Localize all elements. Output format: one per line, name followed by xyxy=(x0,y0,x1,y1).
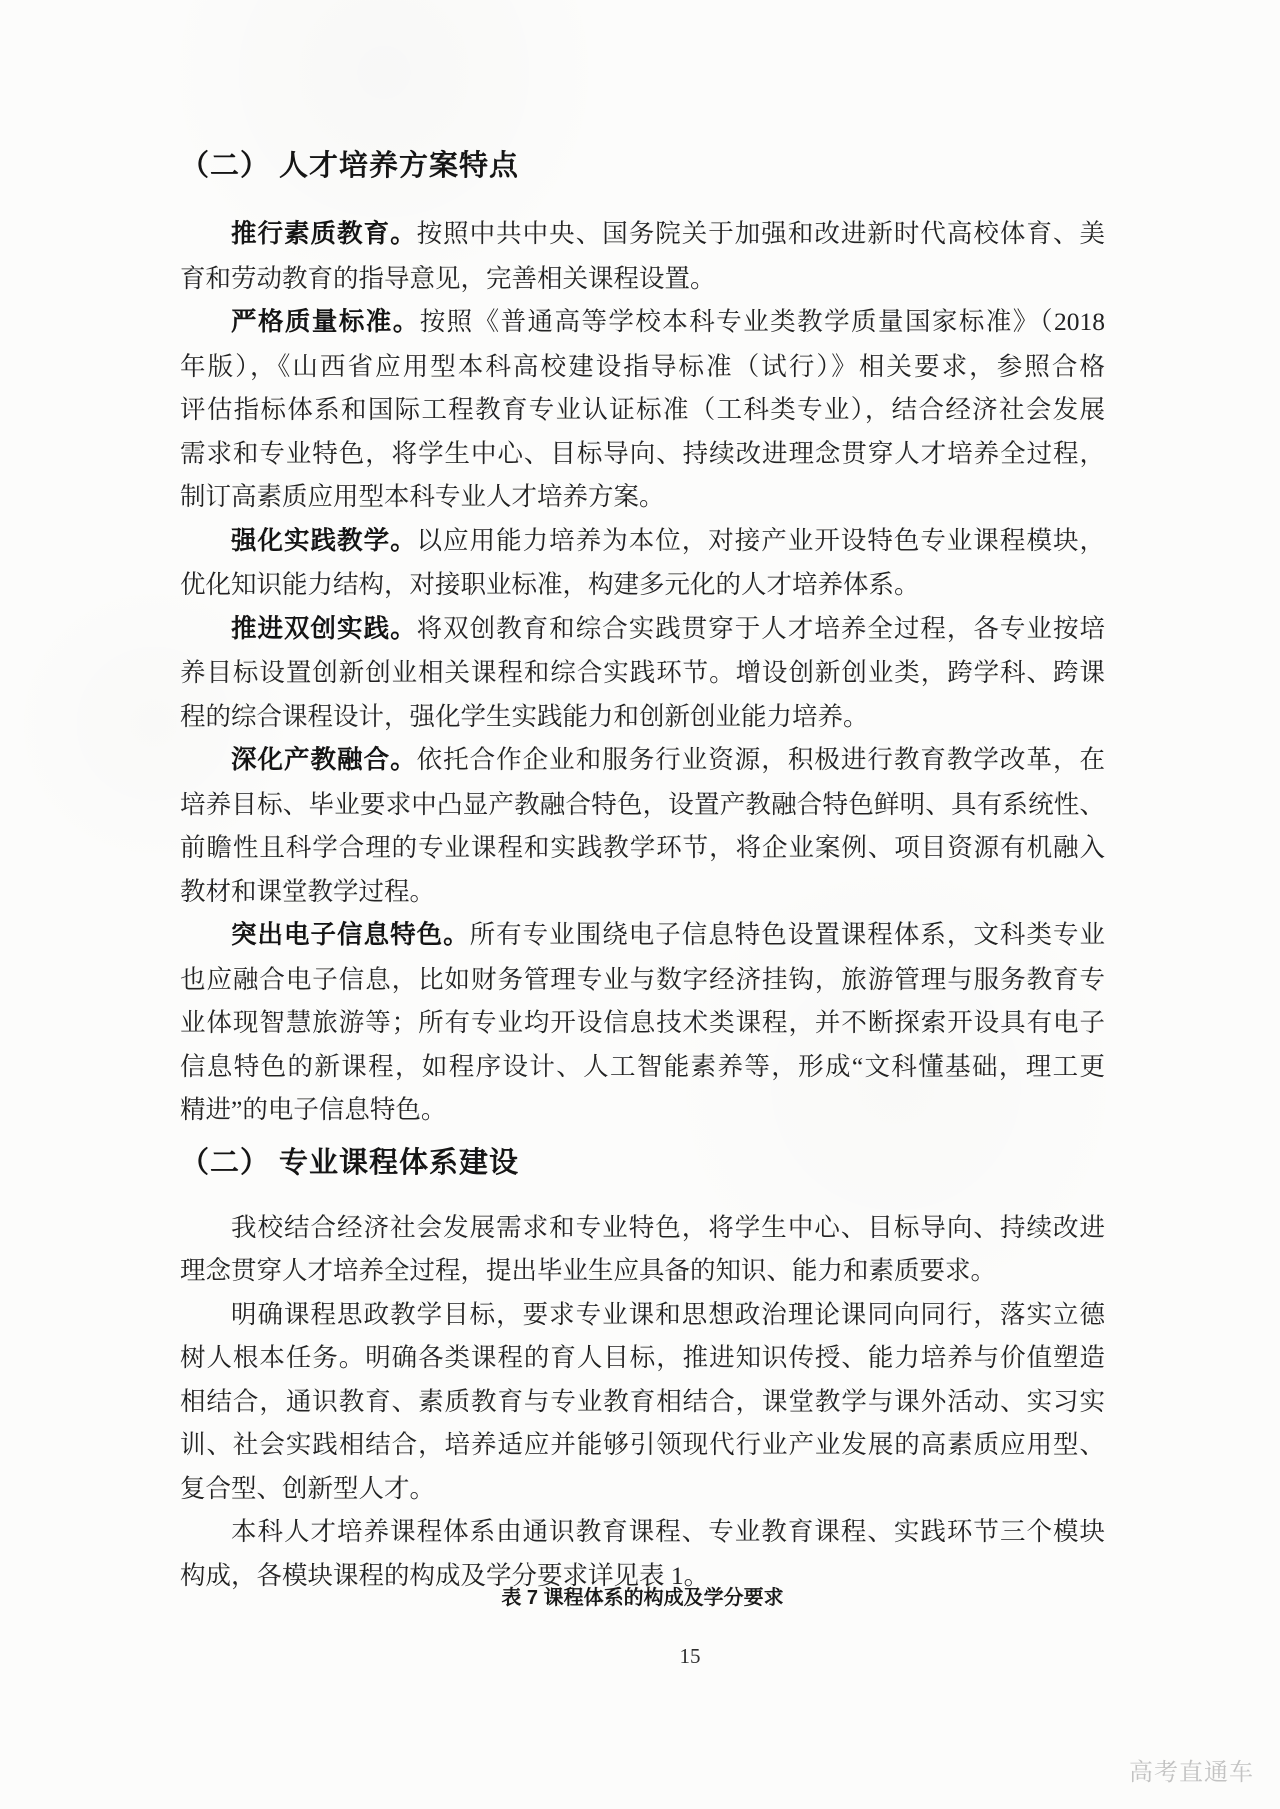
paragraph-lead: 推行素质教育。 xyxy=(231,220,417,248)
text-line: 推行素质教育。按照中共中央、国务院关于加强和改进新时代高校体育、美 xyxy=(180,212,1105,257)
text-line: 教材和课堂教学过程。 xyxy=(180,870,1105,914)
text-line: 突出电子信息特色。所有专业围绕电子信息特色设置课程体系，文科类专业 xyxy=(180,913,1105,958)
text-run: 按照《普通高等学校本科专业类教学质量国家标准》（2018 xyxy=(420,307,1105,336)
paragraph-innovation-practice: 推进双创实践。将双创教育和综合实践贯穿于人才培养全过程，各专业按培 养目标设置创… xyxy=(180,607,1105,739)
paragraph-curriculum-ideology: 明确课程思政教学目标，要求专业课和思想政治理论课同向同行，落实立德 树人根本任务… xyxy=(180,1293,1105,1511)
text-line: 理念贯穿人才培养全过程，提出毕业生应具备的知识、能力和素质要求。 xyxy=(180,1249,1105,1293)
paragraph-electronic-information-feature: 突出电子信息特色。所有专业围绕电子信息特色设置课程体系，文科类专业 也应融合电子… xyxy=(180,913,1105,1132)
text-line: 树人根本任务。明确各类课程的育人目标，推进知识传授、能力培养与价值塑造 xyxy=(180,1336,1105,1380)
document-page: （二） 人才培养方案特点 推行素质教育。按照中共中央、国务院关于加强和改进新时代… xyxy=(0,0,1280,1809)
text-line: 明确课程思政教学目标，要求专业课和思想政治理论课同向同行，落实立德 xyxy=(180,1293,1105,1337)
text-line: 业体现智慧旅游等；所有专业均开设信息技术类课程，并不断探索开设具有电子 xyxy=(180,1001,1105,1045)
text-run: 依托合作企业和服务行业资源，积极进行教育教学改革，在 xyxy=(417,745,1105,774)
text-line: 也应融合电子信息，比如财务管理专业与数字经济挂钩，旅游管理与服务教育专 xyxy=(180,958,1105,1002)
paragraph-school-requirements: 我校结合经济社会发展需求和专业特色，将学生中心、目标导向、持续改进 理念贯穿人才… xyxy=(180,1206,1105,1293)
text-line: 育和劳动教育的指导意见，完善相关课程设置。 xyxy=(180,257,1105,301)
text-line: 程的综合课程设计，强化学生实践能力和创新创业能力培养。 xyxy=(180,695,1105,739)
text-line: 严格质量标准。按照《普通高等学校本科专业类教学质量国家标准》（2018 xyxy=(180,300,1105,345)
text-run: 所有专业围绕电子信息特色设置课程体系，文科类专业 xyxy=(470,920,1105,949)
watermark: 高考直通车 xyxy=(1129,1752,1254,1787)
text-line: 强化实践教学。以应用能力培养为本位，对接产业开设特色专业课程模块， xyxy=(180,519,1105,564)
paragraph-lead: 推进双创实践。 xyxy=(231,615,417,643)
text-line: 培养目标、毕业要求中凸显产教融合特色，设置产教融合特色鲜明、具有系统性、 xyxy=(180,783,1105,827)
text-run: 以应用能力培养为本位，对接产业开设特色专业课程模块， xyxy=(417,526,1105,555)
text-line: 相结合，通识教育、素质教育与专业教育相结合，课堂教学与课外活动、实习实 xyxy=(180,1380,1105,1424)
paragraph-industry-education-integration: 深化产教融合。依托合作企业和服务行业资源，积极进行教育教学改革，在 培养目标、毕… xyxy=(180,738,1105,913)
paragraph-lead: 深化产教融合。 xyxy=(231,746,417,774)
paragraph-practical-teaching: 强化实践教学。以应用能力培养为本位，对接产业开设特色专业课程模块， 优化知识能力… xyxy=(180,519,1105,607)
text-line: 我校结合经济社会发展需求和专业特色，将学生中心、目标导向、持续改进 xyxy=(180,1206,1105,1250)
text-line: 本科人才培养课程体系由通识教育课程、专业教育课程、实践环节三个模块 xyxy=(180,1510,1105,1554)
paragraph-quality-standards: 严格质量标准。按照《普通高等学校本科专业类教学质量国家标准》（2018 年版），… xyxy=(180,300,1105,519)
text-line: 训、社会实践相结合，培养适应并能够引领现代行业产业发展的高素质应用型、 xyxy=(180,1423,1105,1467)
section-heading-curriculum-system: （二） 专业课程体系建设 xyxy=(180,1142,1105,1184)
text-line: 评估指标体系和国际工程教育专业认证标准（工科类专业），结合经济社会发展 xyxy=(180,388,1105,432)
paragraph-lead: 突出电子信息特色。 xyxy=(231,921,470,949)
text-line: 需求和专业特色，将学生中心、目标导向、持续改进理念贯穿人才培养全过程， xyxy=(180,432,1105,476)
text-line: 复合型、创新型人才。 xyxy=(180,1467,1105,1511)
text-line: 养目标设置创新创业相关课程和综合实践环节。增设创新创业类，跨学科、跨课 xyxy=(180,651,1105,695)
text-line: 年版），《山西省应用型本科高校建设指导标准（试行）》相关要求，参照合格 xyxy=(180,345,1105,389)
text-line: 精进”的电子信息特色。 xyxy=(180,1088,1105,1132)
text-line: 前瞻性且科学合理的专业课程和实践教学环节，将企业案例、项目资源有机融入 xyxy=(180,826,1105,870)
text-line: 优化知识能力结构，对接职业标准，构建多元化的人才培养体系。 xyxy=(180,563,1105,607)
text-line: 信息特色的新课程，如程序设计、人工智能素养等，形成“文科懂基础，理工更 xyxy=(180,1045,1105,1089)
section-heading-training-plan-features: （二） 人才培养方案特点 xyxy=(180,146,1105,186)
text-run: 按照中共中央、国务院关于加强和改进新时代高校体育、美 xyxy=(417,219,1105,248)
paragraph-lead: 强化实践教学。 xyxy=(231,527,417,555)
paragraph-lead: 严格质量标准。 xyxy=(231,308,420,336)
paragraph-course-modules: 本科人才培养课程体系由通识教育课程、专业教育课程、实践环节三个模块 构成，各模块… xyxy=(180,1510,1105,1597)
text-line: 深化产教融合。依托合作企业和服务行业资源，积极进行教育教学改革，在 xyxy=(180,738,1105,783)
text-run: 将双创教育和综合实践贯穿于人才培养全过程，各专业按培 xyxy=(417,614,1105,643)
text-line: 制订高素质应用型本科专业人才培养方案。 xyxy=(180,475,1105,519)
page-content: （二） 人才培养方案特点 推行素质教育。按照中共中央、国务院关于加强和改进新时代… xyxy=(180,146,1105,1611)
text-line: 推进双创实践。将双创教育和综合实践贯穿于人才培养全过程，各专业按培 xyxy=(180,607,1105,652)
page-number: 15 xyxy=(655,1644,725,1669)
paragraph-quality-education: 推行素质教育。按照中共中央、国务院关于加强和改进新时代高校体育、美 育和劳动教育… xyxy=(180,212,1105,300)
